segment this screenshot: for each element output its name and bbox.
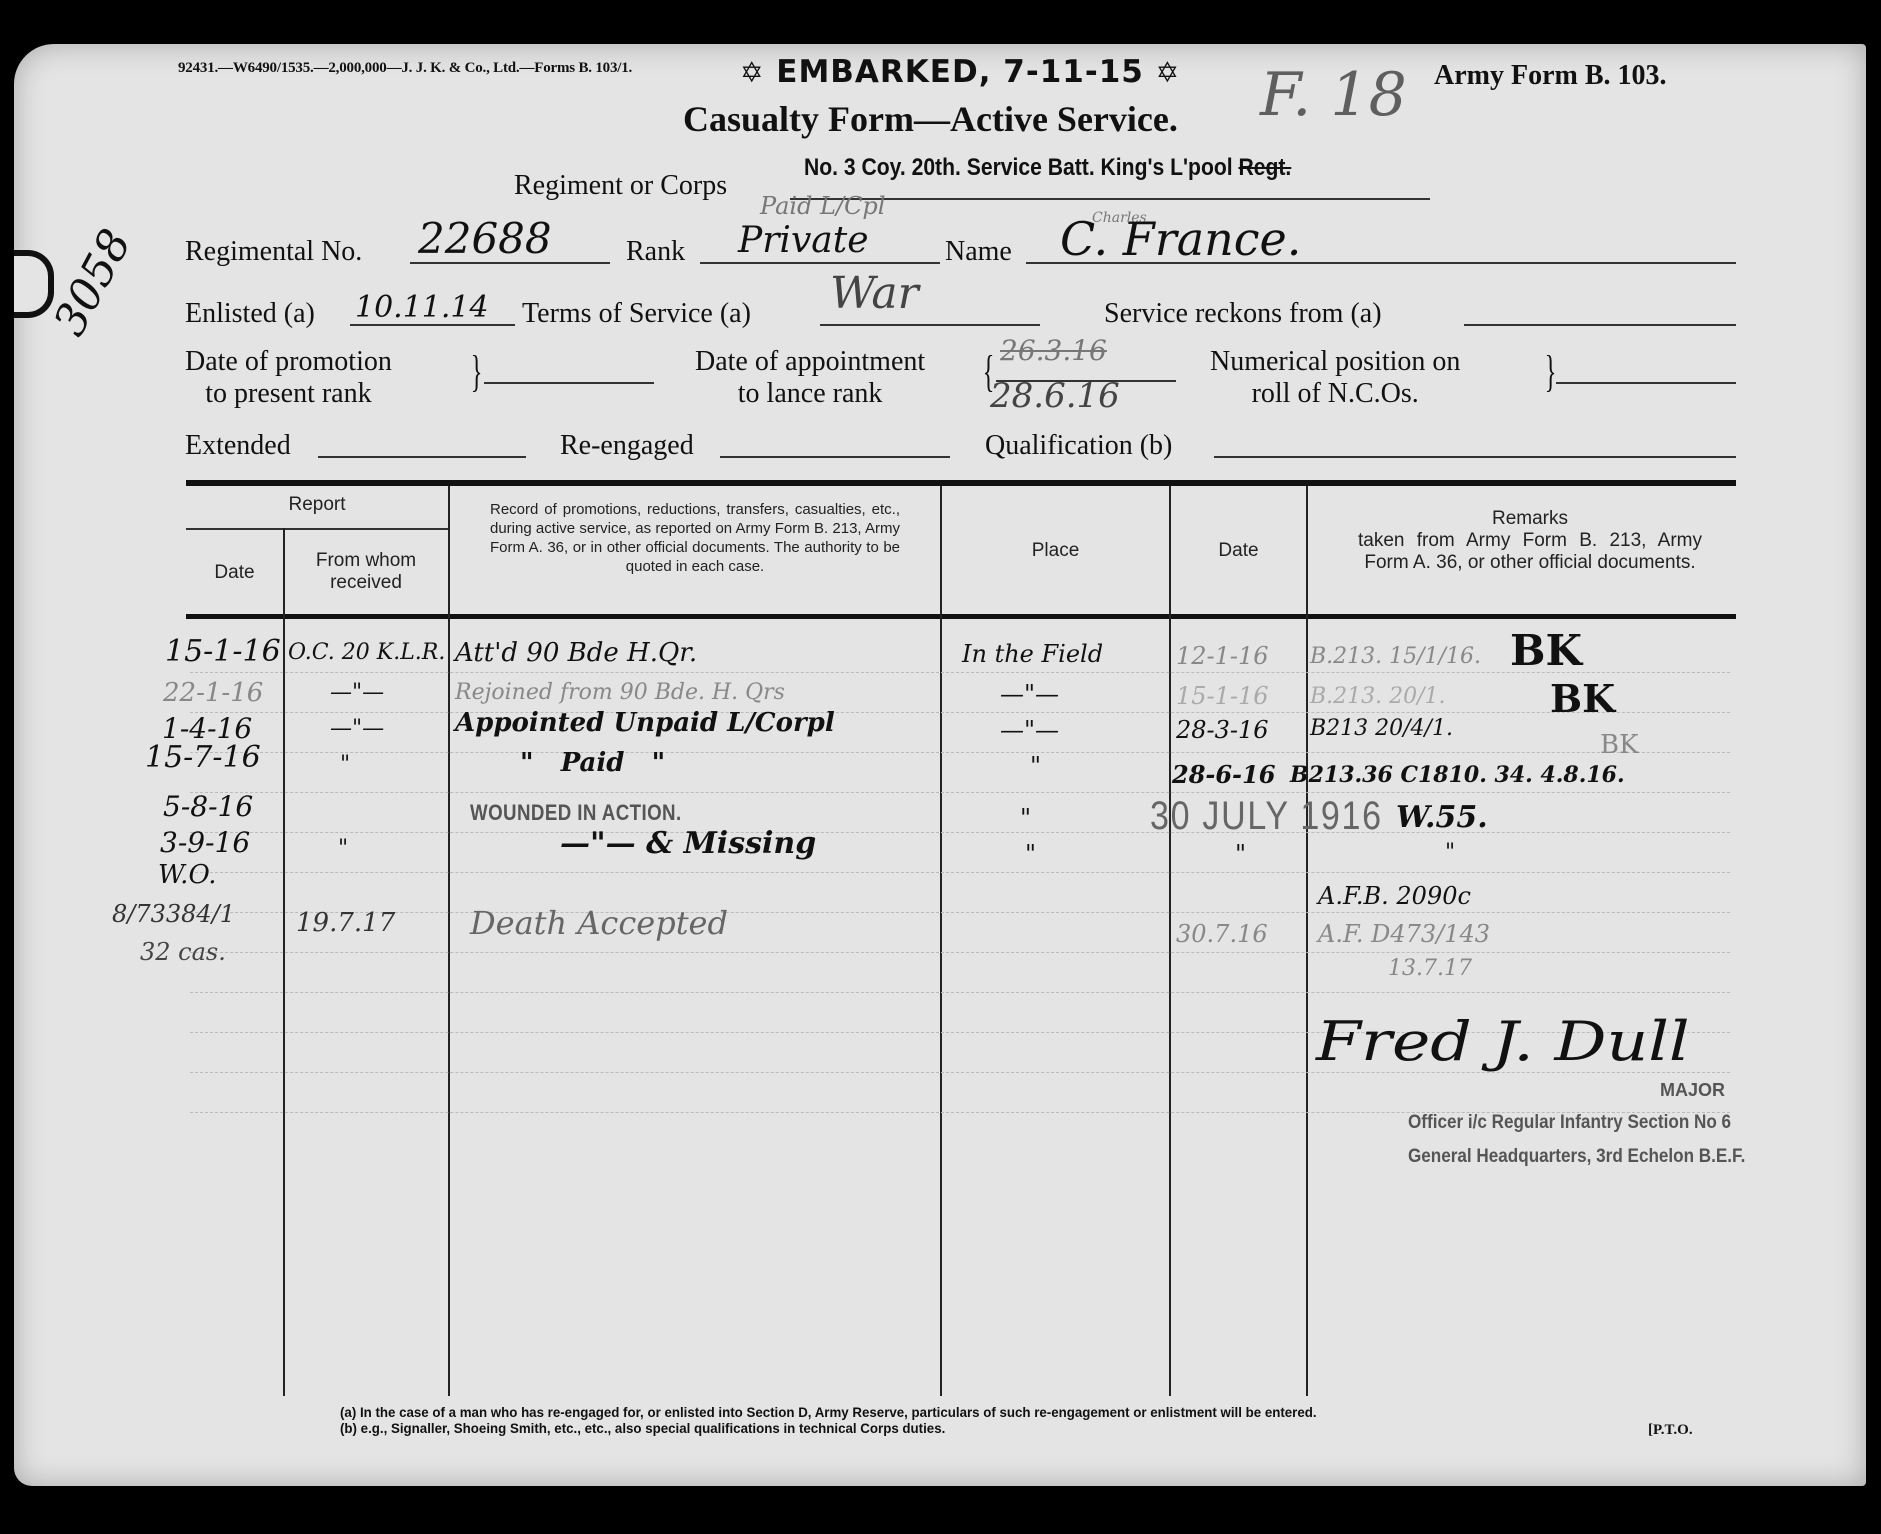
terms-value: War	[830, 268, 919, 319]
numerical-line	[1556, 382, 1736, 384]
qualification-label: Qualification (b)	[985, 430, 1172, 462]
promotion-label-line2: to present rank	[185, 378, 392, 410]
qualification-line	[1214, 456, 1736, 458]
enlisted-line	[350, 324, 515, 326]
ruled-line	[190, 912, 1730, 914]
row-place: "	[1030, 752, 1041, 780]
ruled-line	[190, 872, 1730, 874]
reengaged-line	[720, 456, 950, 458]
row-date: 8/73384/1	[112, 900, 235, 928]
embarked-text: EMBARKED, 7-11-15	[776, 54, 1144, 90]
column-divider	[1169, 486, 1171, 1396]
date-stamp: 30 JULY 1916	[1150, 794, 1383, 839]
row-record: Rejoined from 90 Bde. H. Qrs	[455, 680, 785, 705]
rank-overwrite: Paid L/Cpl	[760, 192, 885, 220]
regimental-no-value: 22688	[418, 214, 552, 263]
appointment-label-line1: Date of appointment	[695, 346, 925, 378]
row-date: 5-8-16	[163, 790, 253, 823]
row-date: 32 cas.	[140, 938, 226, 966]
row-from: "	[340, 752, 350, 777]
row-remarks: B.213. 20/1.	[1310, 684, 1446, 709]
star-icon: ✡	[740, 56, 764, 89]
promotion-label-line1: Date of promotion	[185, 346, 392, 378]
name-label: Name	[945, 236, 1012, 268]
ruled-line	[190, 792, 1730, 794]
remarks-header-body: taken from Army Form B. 213, Army Form A…	[1330, 530, 1730, 574]
officer-rank: MAJOR	[1660, 1080, 1725, 1101]
row-remarks: W.55.	[1396, 800, 1488, 835]
row-initials: BK	[1510, 626, 1582, 675]
embarked-stamp: ✡ EMBARKED, 7-11-15 ✡	[740, 54, 1180, 90]
row-place: "	[1020, 804, 1031, 832]
enlisted-value: 10.11.14	[355, 290, 489, 325]
remarks-header-title: Remarks	[1330, 508, 1730, 530]
column-divider	[283, 528, 285, 1396]
column-divider	[940, 486, 942, 1396]
appointment-value: 28.6.16	[990, 376, 1120, 416]
annotation-f18: F. 18	[1260, 60, 1407, 130]
officer-signature: Fred J. Dull	[1316, 1010, 1690, 1073]
row-date: 3-9-16	[160, 826, 250, 859]
numerical-label: Numerical position on roll of N.C.Os.	[1210, 346, 1460, 410]
row-place: —"—	[1000, 680, 1059, 708]
row-date: W.O.	[158, 860, 217, 890]
table-header-rule	[186, 614, 1736, 619]
row-remarks: B.213. 15/1/16.	[1310, 644, 1481, 669]
ruled-line	[190, 952, 1730, 954]
row-initials: BK	[1550, 676, 1615, 721]
row-record: " Paid "	[520, 748, 665, 778]
service-reckons-label: Service reckons from (a)	[1104, 298, 1382, 330]
row-date: 15-7-16	[145, 740, 261, 775]
regiment-struck-text: Regt.	[1238, 154, 1291, 181]
rank-label: Rank	[626, 236, 685, 268]
report-sub-rule	[186, 528, 448, 530]
row-remarks: 13.7.17	[1388, 956, 1472, 981]
service-reckons-line	[1464, 324, 1736, 326]
wounded-in-action-stamp: WOUNDED IN ACTION.	[470, 800, 682, 826]
ruled-line	[190, 712, 1730, 714]
row-date2: 15-1-16	[1176, 682, 1269, 710]
ruled-line	[190, 752, 1730, 754]
name-superscript: Charles	[1092, 210, 1147, 226]
from-whom-header: From whom received	[285, 550, 447, 594]
punch-hole	[14, 250, 54, 318]
brace: }	[1545, 346, 1557, 397]
row-from: O.C. 20 K.L.R.	[288, 640, 445, 665]
terms-label: Terms of Service (a)	[522, 298, 751, 330]
pto-marker: [P.T.O.	[1648, 1422, 1693, 1439]
row-from: "	[338, 836, 348, 861]
row-record: Att'd 90 Bde H.Qr.	[455, 638, 697, 668]
row-from: 19.7.17	[296, 908, 395, 938]
date-header-2: Date	[1171, 540, 1306, 562]
print-code: 92431.—W6490/1535.—2,000,000—J. J. K. & …	[178, 60, 632, 77]
row-date: 15-1-16	[165, 634, 281, 669]
row-date2: 12-1-16	[1176, 642, 1269, 670]
regiment-typed-text: No. 3 Coy. 20th. Service Batt. King's L'…	[804, 154, 1233, 181]
column-divider	[1306, 486, 1308, 1396]
row-date: 22-1-16	[163, 678, 263, 708]
ruled-line	[190, 672, 1730, 674]
row-record: —"— & Missing	[560, 826, 816, 861]
row-place: —"—	[1000, 716, 1059, 744]
row-from: —"—	[330, 716, 384, 741]
row-initials: BK	[1600, 730, 1639, 760]
row-place: "	[1025, 840, 1036, 868]
report-header: Report	[186, 494, 448, 516]
officer-line-1: Officer i/c Regular Infantry Section No …	[1408, 1112, 1731, 1134]
reengaged-label: Re-engaged	[560, 430, 694, 462]
regiment-line	[790, 198, 1430, 200]
row-record: Death Accepted	[470, 904, 728, 942]
appointment-label: Date of appointment to lance rank	[695, 346, 925, 410]
row-date2: 30.7.16	[1176, 920, 1268, 948]
row-remarks: B213 20/4/1.	[1310, 716, 1453, 741]
numerical-label-line1: Numerical position on	[1210, 346, 1460, 378]
extended-label: Extended	[185, 430, 291, 462]
column-divider	[448, 486, 450, 1396]
promotion-line	[484, 382, 654, 384]
regimental-no-line	[410, 262, 610, 264]
army-form-number: Army Form B. 103.	[1434, 60, 1667, 92]
numerical-label-line2: roll of N.C.Os.	[1210, 378, 1460, 410]
row-remarks: "	[1445, 840, 1455, 865]
date-header: Date	[186, 562, 283, 584]
place-header: Place	[942, 540, 1169, 562]
regiment-typed: No. 3 Coy. 20th. Service Batt. King's L'…	[804, 154, 1291, 182]
enlisted-label: Enlisted (a)	[185, 298, 315, 330]
footnote-b: (b) e.g., Signaller, Shoeing Smith, etc.…	[340, 1420, 945, 1436]
row-remarks: B213.36 C1810. 34. 4.8.16.	[1290, 762, 1625, 788]
star-icon: ✡	[1156, 56, 1180, 89]
appointment-struck-value: 26.3.16	[1000, 334, 1107, 367]
table-top-rule	[186, 480, 1736, 486]
row-remarks: A.F. D473/143	[1318, 920, 1490, 948]
terms-line	[820, 324, 1040, 326]
ruled-line	[190, 992, 1730, 994]
remarks-header: Remarks taken from Army Form B. 213, Arm…	[1330, 508, 1730, 574]
row-date2: 28-6-16	[1172, 760, 1275, 789]
page-title: Casualty Form—Active Service.	[683, 98, 1178, 140]
row-place: In the Field	[962, 640, 1103, 668]
brace: }	[471, 346, 483, 397]
promotion-label: Date of promotion to present rank	[185, 346, 392, 410]
row-remarks: A.F.B. 2090c	[1318, 882, 1471, 910]
appointment-label-line2: to lance rank	[695, 378, 925, 410]
officer-line-2: General Headquarters, 3rd Echelon B.E.F.	[1408, 1146, 1745, 1168]
row-record: Appointed Unpaid L/Corpl	[455, 708, 835, 738]
row-date2: "	[1235, 840, 1246, 868]
regiment-label: Regiment or Corps	[514, 170, 727, 202]
rank-value: Private	[738, 220, 869, 261]
row-date2: 28-3-16	[1176, 716, 1269, 744]
regimental-no-label: Regimental No.	[185, 236, 362, 268]
row-from: —"—	[330, 680, 384, 705]
extended-line	[318, 456, 526, 458]
ruled-line	[190, 832, 1730, 834]
record-header: Record of promotions, reductions, transf…	[490, 500, 900, 576]
rank-line	[700, 262, 940, 264]
footnote-a: (a) In the case of a man who has re-enga…	[340, 1404, 1317, 1420]
name-line	[1026, 262, 1736, 264]
